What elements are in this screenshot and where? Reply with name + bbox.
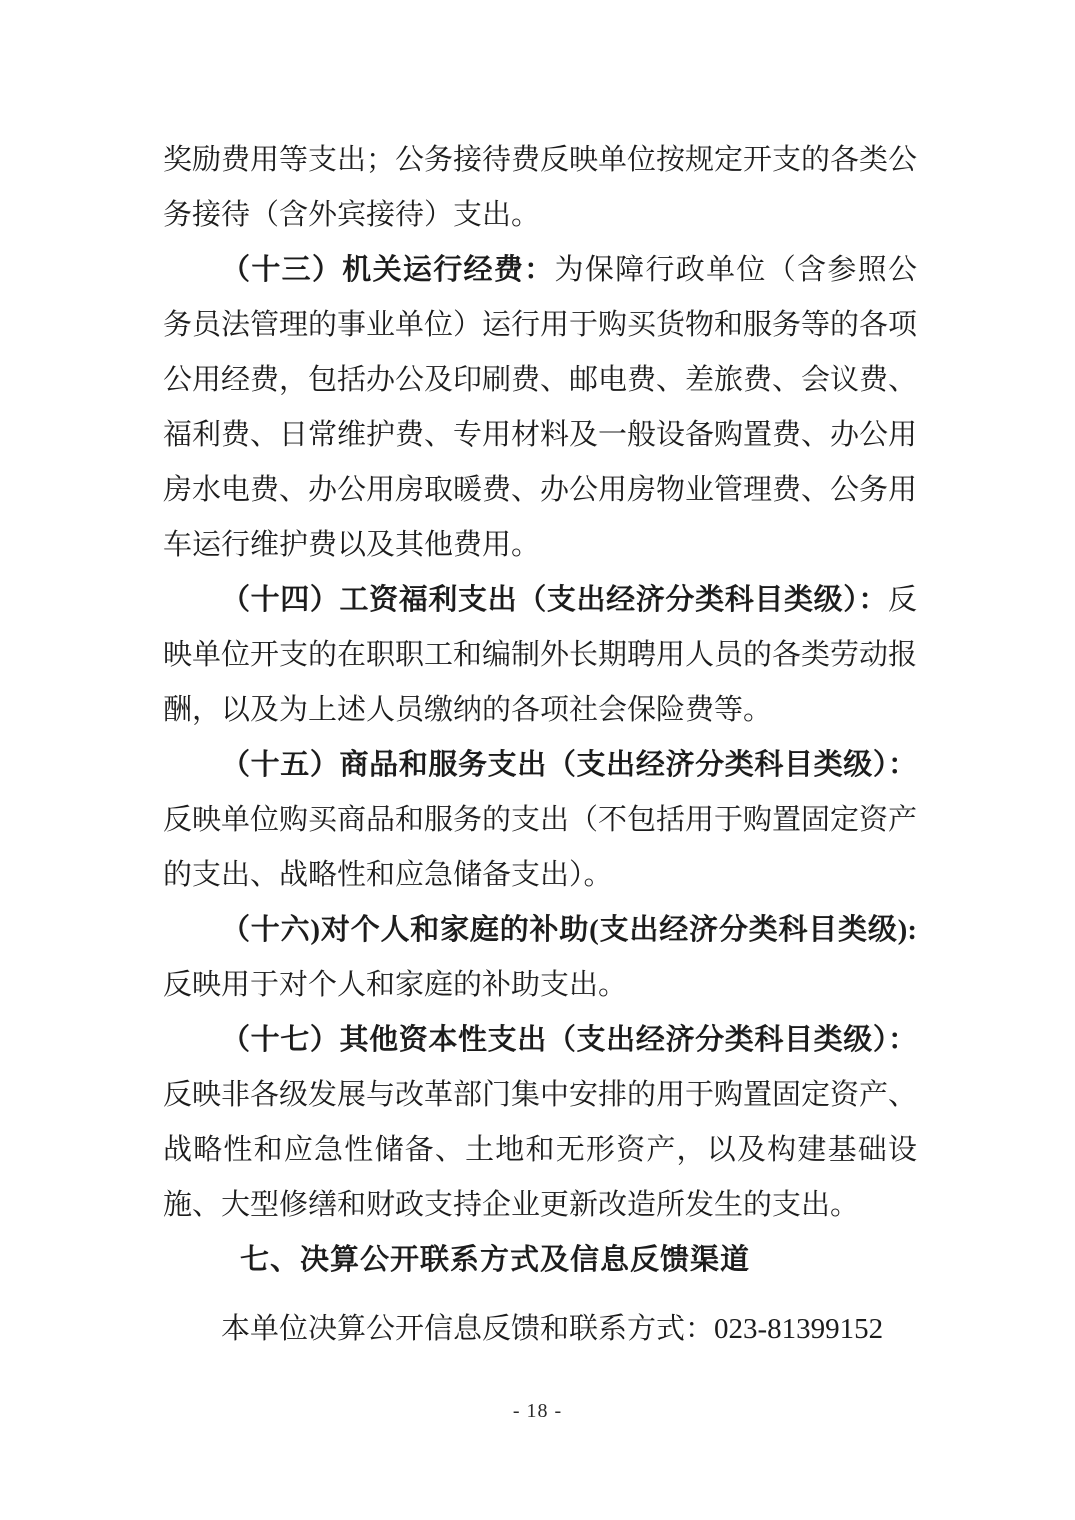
paragraph-item-13: （十三）机关运行经费：为保障行政单位（含参照公务员法管理的事业单位）运行用于购买… bbox=[163, 243, 917, 573]
paragraph-continuation: 奖励费用等支出；公务接待费反映单位按规定开支的各类公务接待（含外宾接待）支出。 bbox=[163, 133, 917, 243]
paragraph-item-17: （十七）其他资本性支出（支出经济分类科目类级）：反映非各级发展与改革部门集中安排… bbox=[163, 1013, 917, 1233]
contact-label: 本单位决算公开信息反馈和联系方式： bbox=[221, 1313, 714, 1345]
text-run: 为保障行政单位（含参照公务员法管理的事业单位）运行用于购买货物和服务等的各项公用… bbox=[163, 254, 917, 561]
page-body: 奖励费用等支出；公务接待费反映单位按规定开支的各类公务接待（含外宾接待）支出。 … bbox=[163, 133, 917, 1357]
text-run: 反映单位购买商品和服务的支出（不包括用于购置固定资产的支出、战略性和应急储备支出… bbox=[163, 804, 917, 891]
term-run: （十四）工资福利支出（支出经济分类科目类级）： bbox=[221, 584, 888, 616]
term-run: （十六)对个人和家庭的补助(支出经济分类科目类级): bbox=[221, 914, 917, 946]
document-page: 奖励费用等支出；公务接待费反映单位按规定开支的各类公务接待（含外宾接待）支出。 … bbox=[0, 0, 1075, 1520]
page-number: - 18 - bbox=[0, 1400, 1075, 1423]
term-run: （十三）机关运行经费： bbox=[221, 254, 555, 286]
contact-line: 本单位决算公开信息反馈和联系方式：023-81399152 bbox=[163, 1302, 917, 1357]
text-run: 奖励费用等支出；公务接待费反映单位按规定开支的各类公务接待（含外宾接待）支出。 bbox=[163, 144, 917, 231]
paragraph-item-15: （十五）商品和服务支出（支出经济分类科目类级）：反映单位购买商品和服务的支出（不… bbox=[163, 738, 917, 903]
phone-number: 023-81399152 bbox=[714, 1313, 883, 1345]
text-run: 反映非各级发展与改革部门集中安排的用于购置固定资产、战略性和应急性储备、土地和无… bbox=[163, 1079, 917, 1221]
paragraph-item-14: （十四）工资福利支出（支出经济分类科目类级）：反映单位开支的在职职工和编制外长期… bbox=[163, 573, 917, 738]
term-run: （十五）商品和服务支出（支出经济分类科目类级）： bbox=[221, 749, 917, 781]
section-heading: 七、决算公开联系方式及信息反馈渠道 bbox=[163, 1233, 917, 1288]
text-run: 反映用于对个人和家庭的补助支出。 bbox=[163, 969, 627, 1001]
term-run: （十七）其他资本性支出（支出经济分类科目类级）： bbox=[221, 1024, 917, 1056]
paragraph-item-16: （十六)对个人和家庭的补助(支出经济分类科目类级):反映用于对个人和家庭的补助支… bbox=[163, 903, 917, 1013]
